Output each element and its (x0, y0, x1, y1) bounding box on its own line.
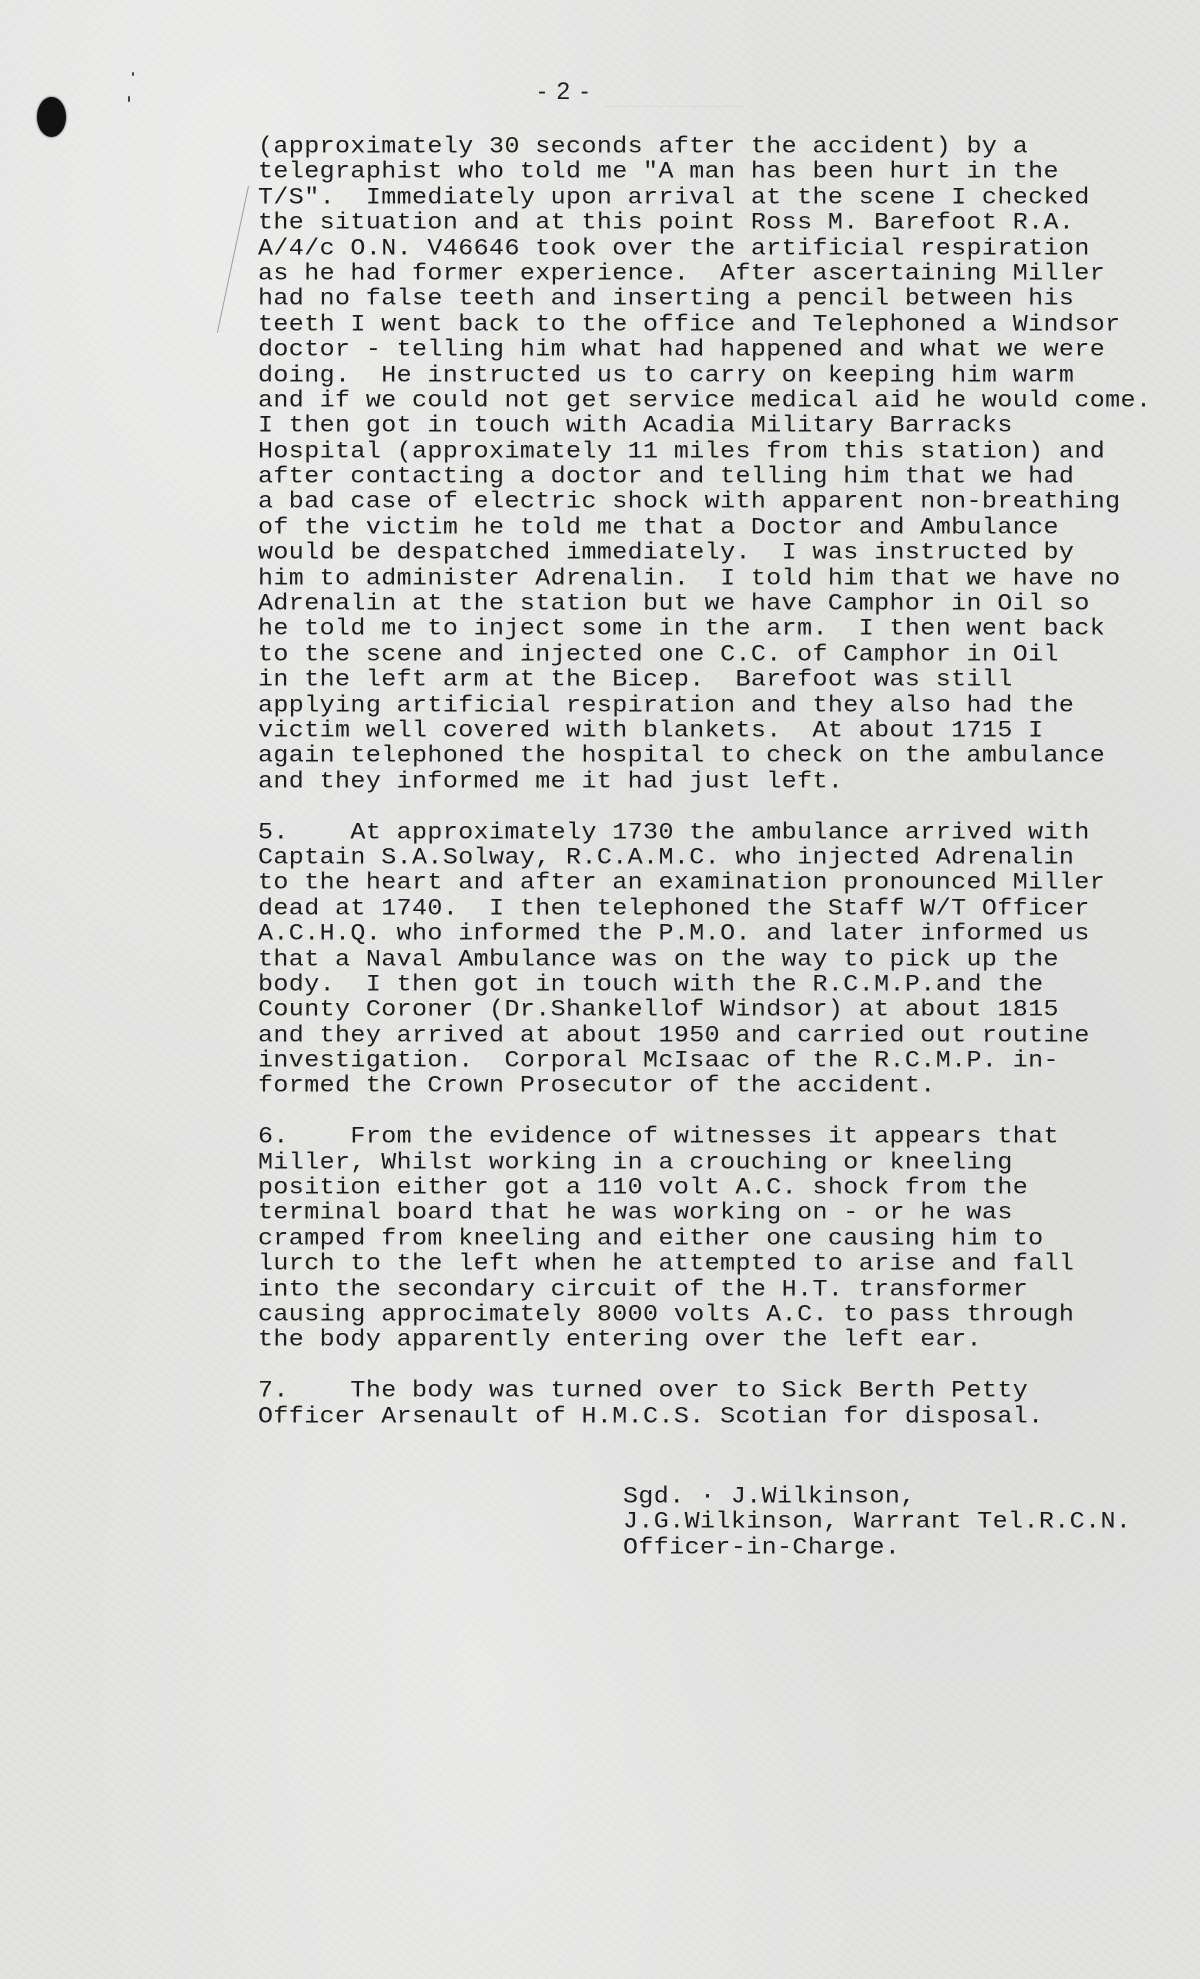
text-line: victim well covered with blankets. At ab… (258, 719, 1178, 742)
signatory-title: Officer-in-Charge. (623, 1536, 1183, 1559)
text-line: Miller, Whilst working in a crouching or… (258, 1151, 1178, 1174)
text-line: and they informed me it had just left. (258, 770, 1178, 793)
paragraph-5: 5. At approximately 1730 the ambulance a… (258, 820, 1178, 1099)
text-line: 6. From the evidence of witnesses it app… (258, 1125, 1178, 1148)
document-body: (approximately 30 seconds after the acci… (258, 134, 1178, 1429)
text-line: A.C.H.Q. who informed the P.M.O. and lat… (258, 922, 1178, 945)
text-line: Adrenalin at the station but we have Cam… (258, 592, 1178, 615)
text-line: to the heart and after an examination pr… (258, 871, 1178, 894)
text-line: dead at 1740. I then telephoned the Staf… (258, 897, 1178, 920)
text-line: the situation and at this point Ross M. … (258, 211, 1178, 234)
text-line: formed the Crown Prosecutor of the accid… (258, 1074, 1178, 1097)
text-line: he told me to inject some in the arm. I … (258, 617, 1178, 640)
text-line: Hospital (approximately 11 miles from th… (258, 440, 1178, 463)
text-line: after contacting a doctor and telling hi… (258, 465, 1178, 488)
text-line: had no false teeth and inserting a penci… (258, 287, 1178, 310)
text-line: of the victim he told me that a Doctor a… (258, 516, 1178, 539)
text-line: a bad case of electric shock with appare… (258, 490, 1178, 513)
text-line: 5. At approximately 1730 the ambulance a… (258, 821, 1178, 844)
text-line: lurch to the left when he attempted to a… (258, 1252, 1178, 1275)
text-line: position either got a 110 volt A.C. shoc… (258, 1176, 1178, 1199)
page-number: - 2 - (538, 78, 591, 106)
text-line: applying artificial respiration and they… (258, 694, 1178, 717)
text-line: causing approcimately 8000 volts A.C. to… (258, 1303, 1178, 1326)
paper-speck (128, 96, 130, 102)
paragraph-continued: (approximately 30 seconds after the acci… (258, 134, 1178, 794)
signed-line: Sgd. · J.Wilkinson, (623, 1485, 1183, 1508)
text-line: Officer Arsenault of H.M.C.S. Scotian fo… (258, 1405, 1178, 1428)
text-line: would be despatched immediately. I was i… (258, 541, 1178, 564)
text-line: (approximately 30 seconds after the acci… (258, 135, 1178, 158)
text-line: teeth I went back to the office and Tele… (258, 313, 1178, 336)
pencil-margin-line (217, 186, 249, 333)
text-line: 7. The body was turned over to Sick Bert… (258, 1379, 1178, 1402)
text-line: in the left arm at the Bicep. Barefoot w… (258, 668, 1178, 691)
paragraph-6: 6. From the evidence of witnesses it app… (258, 1124, 1178, 1353)
text-line: him to administer Adrenalin. I told him … (258, 567, 1178, 590)
text-line: County Coroner (Dr.Shankellof Windsor) a… (258, 998, 1178, 1021)
text-line: and if we could not get service medical … (258, 389, 1178, 412)
document-page: - 2 - (approximately 30 seconds after th… (0, 0, 1200, 1979)
hole-punch-mark (37, 97, 66, 137)
text-line: telegraphist who told me "A man has been… (258, 160, 1178, 183)
text-line: I then got in touch with Acadia Military… (258, 414, 1178, 437)
text-line: T/S". Immediately upon arrival at the sc… (258, 186, 1178, 209)
text-line: doctor - telling him what had happened a… (258, 338, 1178, 361)
text-line: cramped from kneeling and either one cau… (258, 1227, 1178, 1250)
signatory-name-rank: J.G.Wilkinson, Warrant Tel.R.C.N. (623, 1510, 1183, 1533)
text-line: into the secondary circuit of the H.T. t… (258, 1278, 1178, 1301)
faded-stamp-mark (604, 86, 744, 107)
paper-speck (132, 72, 134, 76)
text-line: terminal board that he was working on - … (258, 1201, 1178, 1224)
text-line: that a Naval Ambulance was on the way to… (258, 948, 1178, 971)
signature-block: Sgd. · J.Wilkinson, J.G.Wilkinson, Warra… (623, 1484, 1183, 1560)
text-line: the body apparently entering over the le… (258, 1328, 1178, 1351)
paragraph-7: 7. The body was turned over to Sick Bert… (258, 1378, 1178, 1429)
text-line: to the scene and injected one C.C. of Ca… (258, 643, 1178, 666)
text-line: and they arrived at about 1950 and carri… (258, 1024, 1178, 1047)
text-line: body. I then got in touch with the R.C.M… (258, 973, 1178, 996)
text-line: again telephoned the hospital to check o… (258, 744, 1178, 767)
text-line: A/4/c O.N. V46646 took over the artifici… (258, 237, 1178, 260)
text-line: as he had former experience. After ascer… (258, 262, 1178, 285)
text-line: doing. He instructed us to carry on keep… (258, 364, 1178, 387)
text-line: Captain S.A.Solway, R.C.A.M.C. who injec… (258, 846, 1178, 869)
text-line: investigation. Corporal McIsaac of the R… (258, 1049, 1178, 1072)
